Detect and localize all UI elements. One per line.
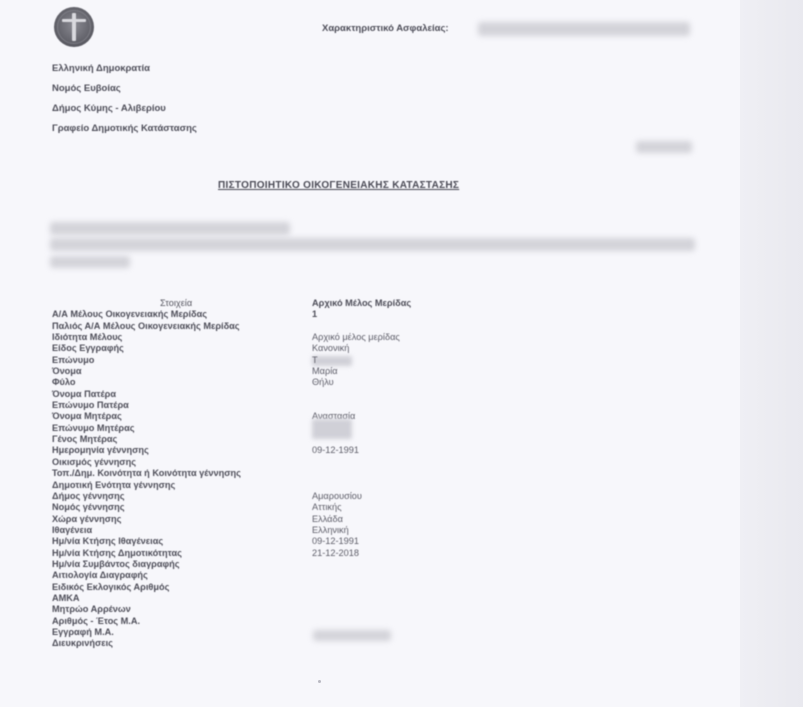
field-value: Αρχικό μέλος μερίδας bbox=[312, 332, 400, 343]
field-label: Μητρώο Αρρένων bbox=[52, 604, 131, 615]
table-row: Παλιός Α/Α Μέλους Οικογενειακής Μερίδας bbox=[52, 321, 692, 332]
field-value: Μαρία bbox=[312, 366, 338, 377]
electoral-number-redacted bbox=[313, 630, 391, 641]
field-label: Γένος Μητέρας bbox=[52, 434, 117, 445]
table-row: ΕπώνυμοΤ bbox=[52, 355, 692, 366]
field-label: Ημερομηνία γέννησης bbox=[52, 445, 149, 456]
field-value: Αμαρουσίου bbox=[312, 491, 362, 502]
field-label: Όνομα Μητέρας bbox=[52, 411, 122, 422]
table-row: Δήμος γέννησηςΑμαρουσίου bbox=[52, 491, 692, 502]
table-row: Τοπ./Δημ. Κοινότητα ή Κοινότητα γέννησης bbox=[52, 468, 692, 479]
table-row: Ιδιότητα ΜέλουςΑρχικό μέλος μερίδας bbox=[52, 332, 692, 343]
field-value-redacted bbox=[312, 356, 352, 366]
table-row: Είδος ΕγγραφήςΚανονική bbox=[52, 343, 692, 354]
field-label: Ημ/νία Κτήσης Ιθαγένειας bbox=[52, 536, 163, 547]
field-value: Κανονική bbox=[312, 343, 349, 354]
field-label: Ημ/νία Κτήσης Δημοτικότητας bbox=[52, 548, 182, 559]
reference-redacted bbox=[636, 141, 692, 153]
field-label: Εγγραφή Μ.Α. bbox=[52, 627, 114, 638]
table-row: Δημοτική Ενότητα γέννησης bbox=[52, 480, 692, 491]
field-value: 09-12-1991 bbox=[312, 536, 359, 547]
table-row: Χώρα γέννησηςΕλλάδα bbox=[52, 514, 692, 525]
field-label: Ιθαγένεια bbox=[52, 525, 92, 536]
table-row: Ημ/νία Κτήσης Ιθαγένειας09-12-1991 bbox=[52, 536, 692, 547]
field-label: Παλιός Α/Α Μέλους Οικογενειακής Μερίδας bbox=[52, 321, 240, 332]
field-value: 09-12-1991 bbox=[312, 445, 359, 456]
field-value: Θήλυ bbox=[312, 377, 334, 388]
table-header: Στοιχεία Αρχικό Μέλος Μερίδας bbox=[52, 298, 692, 309]
field-label: Ημ/νία Συμβάντος διαγραφής bbox=[52, 559, 179, 570]
field-label: Δημοτική Ενότητα γέννησης bbox=[52, 480, 175, 491]
field-value: Αττικής bbox=[312, 502, 342, 513]
field-label: Α/Α Μέλους Οικογενειακής Μερίδας bbox=[52, 309, 207, 320]
field-value: Ελλάδα bbox=[312, 514, 343, 525]
table-row: Ημ/νία Κτήσης Δημοτικότητας21-12-2018 bbox=[52, 548, 692, 559]
field-label: Όνομα bbox=[52, 366, 82, 377]
field-label: Νομός γέννησης bbox=[52, 502, 125, 513]
issuer-office: Γραφείο Δημοτικής Κατάστασης bbox=[52, 123, 197, 134]
field-label: Επώνυμο Μητέρας bbox=[52, 423, 135, 434]
greek-state-emblem-icon bbox=[54, 7, 94, 47]
insurance-label: Χαρακτηριστικό Ασφαλείας: bbox=[322, 23, 449, 34]
field-value: 1 bbox=[312, 309, 317, 320]
issuer-prefecture: Νομός Ευβοίας bbox=[52, 83, 121, 94]
column-header-member: Αρχικό Μέλος Μερίδας bbox=[312, 298, 411, 309]
table-row: Ημερομηνία γέννησης09-12-1991 bbox=[52, 445, 692, 456]
field-label: Χώρα γέννησης bbox=[52, 514, 121, 525]
document-page: Ελληνική Δημοκρατία Νομός Ευβοίας Δήμος … bbox=[0, 0, 740, 707]
table-row: ΙθαγένειαΕλληνική bbox=[52, 525, 692, 536]
field-label: Αιτιολογία Διαγραφής bbox=[52, 570, 148, 581]
table-row: Α/Α Μέλους Οικογενειακής Μερίδας1 bbox=[52, 309, 692, 320]
field-value-initial: Τ bbox=[312, 355, 318, 366]
table-row: ΦύλοΘήλυ bbox=[52, 377, 692, 388]
table-row: Επώνυμο Μητέρας bbox=[52, 423, 692, 434]
table-row: Επώνυμο Πατέρα bbox=[52, 400, 692, 411]
scan-background bbox=[740, 0, 803, 707]
field-value: 21-12-2018 bbox=[312, 548, 359, 559]
table-row: Νομός γέννησηςΑττικής bbox=[52, 502, 692, 513]
scan-speck bbox=[318, 680, 321, 683]
field-label: Διευκρινήσεις bbox=[52, 638, 113, 649]
intro-redacted-line-2 bbox=[50, 238, 695, 251]
field-label: Δήμος γέννησης bbox=[52, 491, 125, 502]
field-label: Επώνυμο Πατέρα bbox=[52, 400, 129, 411]
insurance-value-redacted bbox=[478, 22, 690, 36]
column-header-fields: Στοιχεία bbox=[160, 298, 192, 309]
table-row: Αιτιολογία Διαγραφής bbox=[52, 570, 692, 581]
intro-redacted-line-1 bbox=[50, 222, 290, 235]
table-row: Όνομα Πατέρα bbox=[52, 389, 692, 400]
table-row: Ημ/νία Συμβάντος διαγραφής bbox=[52, 559, 692, 570]
field-label: Είδος Εγγραφής bbox=[52, 343, 124, 354]
field-label: Τοπ./Δημ. Κοινότητα ή Κοινότητα γέννησης bbox=[52, 468, 241, 479]
table-row: Μητρώο Αρρένων bbox=[52, 604, 692, 615]
field-value: Ελληνική bbox=[312, 525, 349, 536]
field-label: Ειδικός Εκλογικός Αριθμός bbox=[52, 582, 169, 593]
field-label: Επώνυμο bbox=[52, 355, 94, 366]
field-label: Αριθμός - Έτος Μ.Α. bbox=[52, 616, 140, 627]
field-label: Οικισμός γέννησης bbox=[52, 457, 136, 468]
field-label: Φύλο bbox=[52, 377, 76, 388]
table-row: Αριθμός - Έτος Μ.Α. bbox=[52, 616, 692, 627]
table-row: Γένος Μητέρας bbox=[52, 434, 692, 445]
issuer-country: Ελληνική Δημοκρατία bbox=[52, 63, 150, 74]
field-label: ΑΜΚΑ bbox=[52, 593, 80, 604]
details-table: Στοιχεία Αρχικό Μέλος Μερίδας Α/Α Μέλους… bbox=[52, 298, 692, 650]
document-title: ΠΙΣΤΟΠΟΙΗΤΙΚΟ ΟΙΚΟΓΕΝΕΙΑΚΗΣ ΚΑΤΑΣΤΑΣΗΣ bbox=[218, 180, 459, 191]
table-row: ΌνομαΜαρία bbox=[52, 366, 692, 377]
field-label: Ιδιότητα Μέλους bbox=[52, 332, 122, 343]
field-label: Όνομα Πατέρα bbox=[52, 389, 116, 400]
intro-redacted-line-3 bbox=[50, 256, 130, 268]
table-row: ΑΜΚΑ bbox=[52, 593, 692, 604]
issuer-municipality: Δήμος Κύμης - Αλιβερίου bbox=[52, 103, 166, 114]
table-row: Όνομα ΜητέραςΑναστασία bbox=[52, 411, 692, 422]
table-row: Οικισμός γέννησης bbox=[52, 457, 692, 468]
table-row: Ειδικός Εκλογικός Αριθμός bbox=[52, 582, 692, 593]
